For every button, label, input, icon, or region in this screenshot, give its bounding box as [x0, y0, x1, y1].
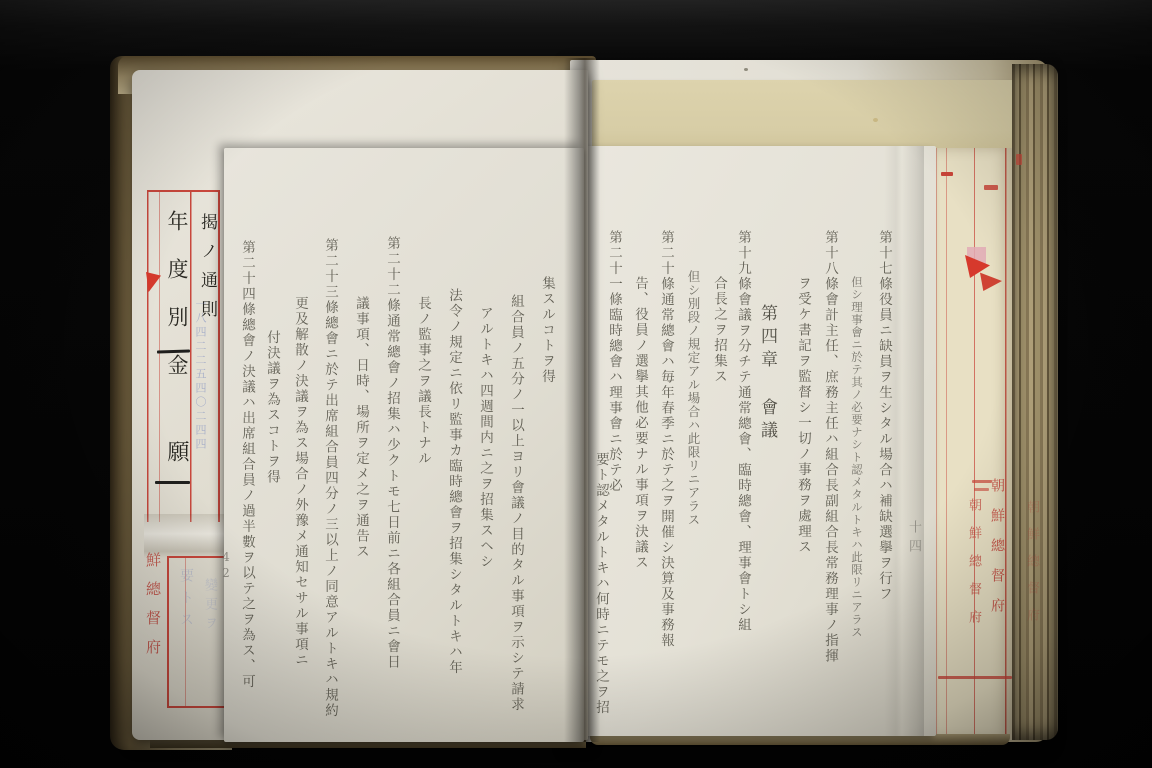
pencil-note: 42	[219, 550, 233, 582]
handwritten-column: 第十八條會計主任、庶務主任ハ組合長副組合長常務理事ノ指揮	[820, 230, 840, 664]
handwritten-column: ヲ受ケ書記ヲ監督シ一切ノ事務ヲ處理ス	[793, 276, 813, 555]
handwritten-column: 告、役員ノ選擧其他必要ナル事項ヲ決議ス	[630, 276, 650, 571]
handwritten-column: 法令ノ規定ニ依リ監事カ臨時總會ヲ招集シタルトキハ年	[444, 288, 464, 676]
blue-stamped-numerals: 一八四二二五四〇二四四	[192, 298, 208, 452]
pencil-page-number: 十四	[904, 520, 923, 558]
handwritten-column: 第二十條通常總會ハ毎年春季ニ於テ之ヲ開催シ決算及事務報	[656, 230, 676, 649]
handwritten-column: 第十九條會議ヲ分チテ通常總會、臨時總會、理事會トシ組	[733, 230, 753, 633]
label-column: 年度別金	[162, 210, 192, 402]
handwritten-column: 第二十二條通常總會ノ招集ハ少クトモ七日前ニ各組合員ニ會日	[382, 236, 402, 670]
right-under-sheet	[592, 80, 1034, 152]
handwritten-column: 第十七條役員ニ缺員ヲ生シタル場合ハ補缺選擧ヲ行フ	[874, 230, 894, 602]
red-mark	[1016, 154, 1022, 165]
ghost-blue-text: 變更ヲ	[200, 578, 219, 635]
edge-stamp-text-ghost: 朝鮮總督府	[1022, 500, 1041, 635]
handwritten-column: 但シ理事會ニ於テ其ノ必要ナシト認メタルトキハ此限リニアラス	[849, 276, 865, 639]
handwritten-column: 集スルコトヲ得	[537, 276, 557, 385]
photograph-of-open-ledger: 朝鮮總督府 朝鮮總督府 朝鮮總督府 第十七條役員ニ缺員ヲ生シタル場合ハ補缺選擧ヲ…	[0, 0, 1152, 768]
right-ruled-page-edges	[930, 148, 1012, 740]
red-mark	[984, 185, 998, 190]
handwritten-column: 但シ別段ノ規定アル場合ハ此限リニアラス	[684, 270, 702, 527]
red-mark	[941, 172, 953, 176]
ink-rule-segment	[155, 481, 190, 484]
handwritten-column: 第二十四條總會ノ決議ハ出席組合員ノ過半數ヲ以テ之ヲ為ス、可	[237, 240, 257, 690]
ghost-blue-text: 要トス	[176, 568, 196, 634]
label-character: 願	[161, 440, 192, 462]
handwritten-column: 要ト認メタルトキハ何時ニテモ之ヲ招	[591, 452, 611, 716]
chapter-number: 第四章	[755, 304, 780, 373]
paper-speck	[873, 118, 878, 122]
handwritten-column: 合長之ヲ招集ス	[709, 276, 729, 385]
paper-speck	[744, 68, 748, 71]
red-rule-line	[938, 676, 1012, 679]
handwritten-column: 議事項、日時、場所ヲ定メ之ヲ通告ス	[351, 296, 371, 560]
handwritten-column: アルトキハ四週間内ニ之ヲ招集スヘシ	[475, 306, 495, 570]
handwritten-column: 組合員ノ五分ノ一以上ヨリ會議ノ目的タル事項ヲ示シテ請求	[506, 294, 526, 713]
handwritten-column: 更及解散ノ決議ヲ為ス場合ノ外豫メ通知セサル事項ニ	[290, 296, 310, 668]
right-page-stack-edge	[1012, 64, 1058, 740]
edge-stamp-text: 朝鮮總督府	[964, 498, 983, 638]
edge-stamp-text: 朝鮮總督府	[987, 478, 1007, 628]
handwritten-column: 第二十三條總會ニ於テ出席組合員四分ノ三以上ノ同意アルトキハ規約	[320, 238, 340, 719]
chapter-title: 會議	[755, 398, 780, 444]
edge-stamp-text-left: 鮮總督府	[143, 552, 164, 668]
handwritten-column: 付決議ヲ為スコトヲ得	[262, 330, 282, 485]
handwritten-column: 長ノ監事之ヲ議長トナル	[413, 296, 433, 467]
